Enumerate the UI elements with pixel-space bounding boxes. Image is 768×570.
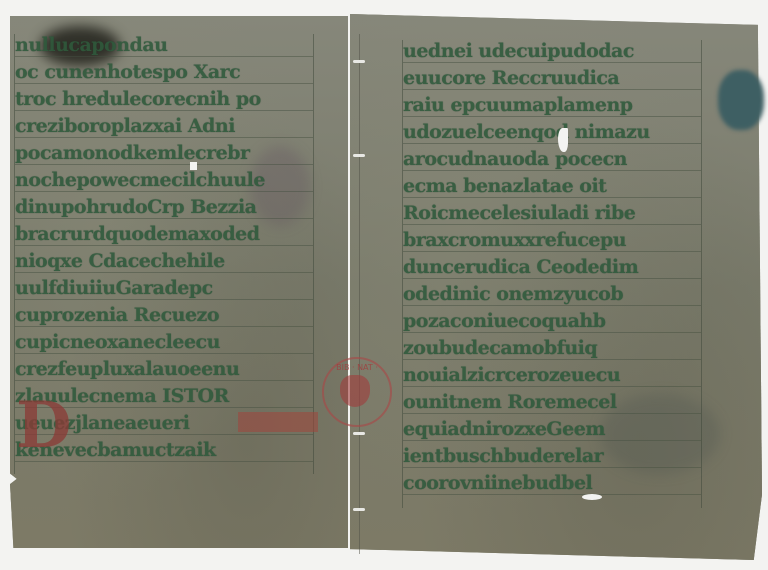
staple [353,60,365,63]
text-line: nochepowecmecilchuule [15,169,313,192]
right-leaf: uednei udecuipudodaceuucore Reccruudicar… [350,14,762,560]
text-line: udozuelceenqod nimazu [403,121,701,144]
text-line: equiadnirozxeGeem [403,418,701,441]
text-line: troc hredulecorecnih po [15,88,313,111]
text-line: pozaconiuecoquahb [403,310,701,333]
parchment-hole [558,128,568,152]
fold-line [359,34,360,554]
parchment-hole [582,494,602,500]
text-line: oc cunenhotespo Xarc [15,61,313,84]
text-line: uulfdiuiiuGaradepc [15,277,313,300]
stamp-text: BIB · NAT · [324,363,390,372]
manuscript-bifolium: nullucapondauoc cunenhotespo Xarctroc hr… [10,14,762,562]
text-line: raiu epcuumaplamenp [403,94,701,117]
text-line: zoubudecamobfuiq [403,337,701,360]
red-rubric-box [238,412,318,432]
stamp-shield-icon [340,375,370,407]
parchment-hole [190,162,197,170]
initial-d: D [16,388,72,463]
text-line: coorovniinebudbel [403,472,701,495]
blue-ink-blot [718,70,764,130]
left-leaf: nullucapondauoc cunenhotespo Xarctroc hr… [10,16,348,548]
text-line: cupicneoxanecleecu [15,331,313,354]
text-line: ecma benazlatae oit [403,175,701,198]
library-stamp: BIB · NAT · [322,357,392,427]
text-line: pocamonodkemlecrebr [15,142,313,165]
text-line: dinupohrudoCrp Bezzia [15,196,313,219]
text-line: nullucapondau [15,34,313,57]
staple [353,432,365,435]
text-line: nouialzicrcerozeuecu [403,364,701,387]
text-line: braxcromuxxrefucepu [403,229,701,252]
text-line: Roicmecelesiuladi ribe [403,202,701,225]
text-line: euucore Reccruudica [403,67,701,90]
staple [353,154,365,157]
text-line: bracrurdquodemaxoded [15,223,313,246]
text-line: crezfeupluxalauoeenu [15,358,313,381]
text-line: creziboroplazxai Adni [15,115,313,138]
text-line: ientbuschbuderelar [403,445,701,468]
text-line: uednei udecuipudodac [403,40,701,63]
text-line: cuprozenia Recuezo [15,304,313,327]
text-line: odedinic onemzyucob [403,283,701,306]
staple [353,508,365,511]
text-line: nioqxe Cdacechehile [15,250,313,273]
text-line: arocudnauoda pocecn [403,148,701,171]
text-line: duncerudica Ceodedim [403,256,701,279]
right-text-block: uednei udecuipudodaceuucore Reccruudicar… [402,40,702,508]
text-line: ounitnem Roremecel [403,391,701,414]
